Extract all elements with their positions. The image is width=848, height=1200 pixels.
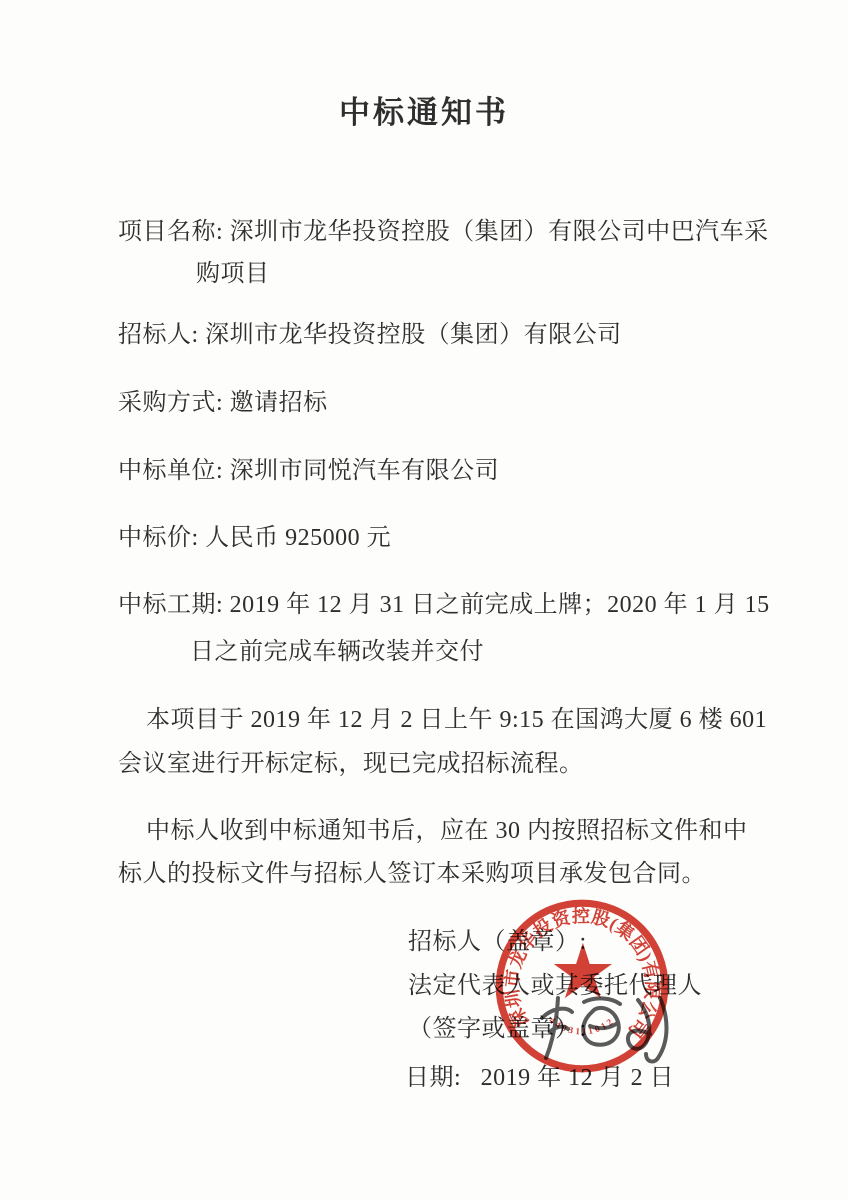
field-project-name-line1: 项目名称: 深圳市龙华投资控股（集团）有限公司中巴汽车采 xyxy=(118,220,769,244)
contract-paragraph-line1: 中标人收到中标通知书后，应在 30 内按照招标文件和中 xyxy=(146,819,748,843)
document-title: 中标通知书 xyxy=(0,97,848,128)
field-project-period-line2: 日之前完成车辆改装并交付 xyxy=(190,640,484,664)
field-winning-bidder: 中标单位: 深圳市同悦汽车有限公司 xyxy=(118,459,499,483)
document-page: 中标通知书 项目名称: 深圳市龙华投资控股（集团）有限公司中巴汽车采 购项目 招… xyxy=(0,0,848,1200)
field-project-period-line1: 中标工期: 2019 年 12 月 31 日之前完成上牌；2020 年 1 月 … xyxy=(118,593,770,617)
field-tenderer: 招标人: 深圳市龙华投资控股（集团）有限公司 xyxy=(118,323,622,347)
field-winning-price: 中标价: 人民币 925000 元 xyxy=(118,526,391,550)
signature-svg xyxy=(540,990,680,1068)
handwritten-signature xyxy=(540,990,680,1068)
contract-paragraph-line2: 标人的投标文件与招标人签订本采购项目承发包合同。 xyxy=(118,862,706,886)
field-procurement-method: 采购方式: 邀请招标 xyxy=(118,391,328,415)
field-project-name-line2: 购项目 xyxy=(196,262,270,286)
opening-paragraph-line1: 本项目于 2019 年 12 月 2 日上午 9:15 在国鸿大厦 6 楼 60… xyxy=(146,708,767,732)
opening-paragraph-line2: 会议室进行开标定标，现已完成招标流程。 xyxy=(118,752,584,776)
